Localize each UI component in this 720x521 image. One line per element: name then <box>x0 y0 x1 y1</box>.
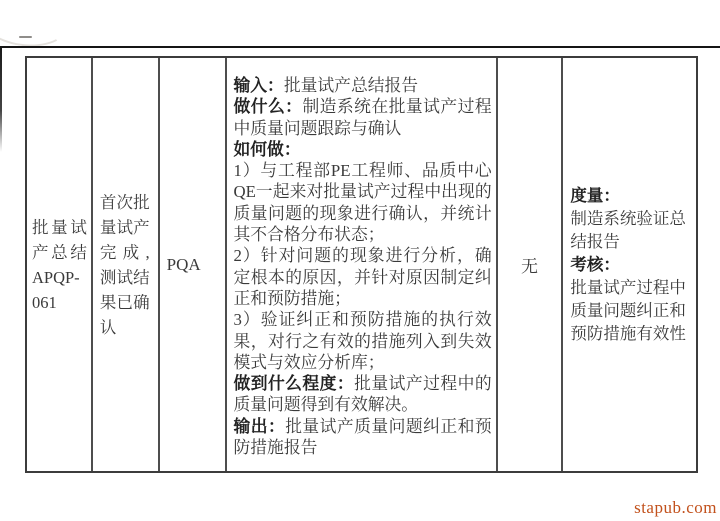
paragraph: 3）验证纠正和预防措施的执行效果，对行之有效的措施列入到失效模式与效应分析库； <box>233 309 491 373</box>
page-top-rule <box>0 46 720 48</box>
paragraph: 输出：批量试产质量问题纠正和预防措施报告 <box>233 416 491 459</box>
metrics-text-block: 度量：制造系统验证总结报告考核：批量试产过程中质量问题纠正和预防措施有效性 <box>570 184 693 345</box>
cell-owner-role: PQA <box>160 58 228 471</box>
paragraph: 批量试产过程中质量问题纠正和预防措施有效性 <box>570 276 693 345</box>
paragraph: 输入：批量试产总结报告 <box>233 75 491 96</box>
process-definition-table: 批量试产总结APQP-061 首次批量试产完成,测试结果已确认 PQA 输入：批… <box>25 56 698 473</box>
paragraph: 做什么：制造系统在批量试产过程中质量问题跟踪与确认 <box>233 96 491 139</box>
paragraph: 考核： <box>570 253 693 276</box>
cell-record-id: 批量试产总结APQP-061 <box>27 58 93 471</box>
owner-role-text: PQA <box>167 255 201 275</box>
cell-tools: 无 <box>498 58 564 471</box>
paragraph: 1）与工程部PE工程师、品质中心QE一起来对批量试产过程中出现的质量问题的现象进… <box>233 160 491 245</box>
paragraph: 制造系统验证总结报告 <box>570 207 693 253</box>
paragraph: 做到什么程度：批量试产过程中的质量问题得到有效解决。 <box>233 373 491 416</box>
record-id-text: 批量试产总结APQP-061 <box>32 215 87 315</box>
paragraph: 如何做： <box>233 139 491 160</box>
site-watermark: stapub.com <box>634 498 717 518</box>
scan-smudge-artifact <box>0 0 73 52</box>
entry-criteria-text: 首次批量试产完成,测试结果已确认 <box>100 190 150 340</box>
paragraph: 度量： <box>570 184 693 207</box>
tools-text: 无 <box>521 252 538 277</box>
scan-dash-artifact <box>19 36 32 38</box>
cell-metrics-assessment: 度量：制造系统验证总结报告考核：批量试产过程中质量问题纠正和预防措施有效性 <box>563 58 696 471</box>
cell-activity-description: 输入：批量试产总结报告做什么：制造系统在批量试产过程中质量问题跟踪与确认如何做：… <box>227 58 497 471</box>
cell-entry-criteria: 首次批量试产完成,测试结果已确认 <box>93 58 160 471</box>
paragraph: 2）针对问题的现象进行分析，确定根本的原因，并针对原因制定纠正和预防措施； <box>233 245 491 309</box>
page-edge-artifact <box>0 48 2 152</box>
